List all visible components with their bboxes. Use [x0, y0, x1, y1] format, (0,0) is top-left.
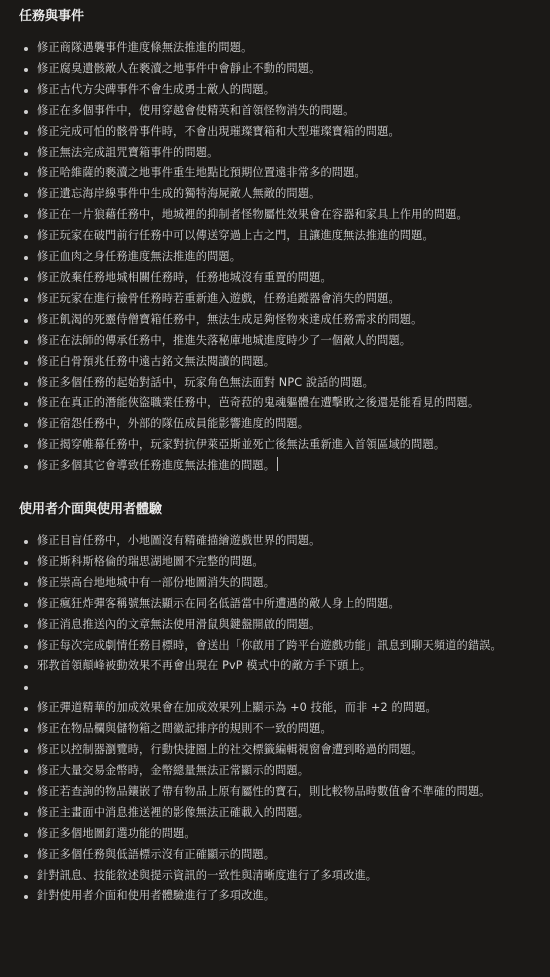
- list-item: 修正在一片狼藉任務中，地城裡的抑制者怪物屬性效果會在容器和家具上作用的問題。: [19, 205, 538, 226]
- list-item: 修正在法師的傳承任務中，推進失落秘庫地城進度時少了一個敵人的問題。: [19, 331, 538, 352]
- list-item: 修正在物品欄與儲物箱之間徽記排序的規則不一致的問題。: [19, 719, 538, 740]
- list-item: 邪教首領顛峰被動效果不再會出現在 PvP 模式中的敵方手下頭上。: [19, 656, 538, 677]
- section-title-quests-events: 任務與事件: [19, 6, 538, 28]
- list-item: 修正多個任務的起始對話中，玩家角色無法面對 NPC 說話的問題。: [19, 373, 538, 394]
- list-item: 修正主畫面中消息推送裡的影像無法正確載入的問題。: [19, 803, 538, 824]
- list-item: 修正消息推送內的文章無法使用滑鼠與鍵盤開啟的問題。: [19, 615, 538, 636]
- quests-events-list: 修正商隊遇襲事件進度條無法推進的問題。 修正腐臭遺骸敵人在褻瀆之地事件中會靜止不…: [19, 38, 538, 477]
- list-item: 修正宿怨任務中，外部的隊伍成員能影響進度的問題。: [19, 414, 538, 435]
- list-item: 修正若查詢的物品鑲嵌了帶有物品上原有屬性的寶石，則比較物品時數值會不準確的問題。: [19, 782, 538, 803]
- section-title-ui-ux: 使用者介面與使用者體驗: [19, 499, 538, 521]
- list-item: 修正揭穿帷幕任務中，玩家對抗伊萊亞斯並死亡後無法重新進入首領區域的問題。: [19, 435, 538, 456]
- list-item: 修正玩家在破門前行任務中可以傳送穿過上古之門，且讓進度無法推進的問題。: [19, 226, 538, 247]
- list-item: 修正古代方尖碑事件不會生成勇士敵人的問題。: [19, 80, 538, 101]
- list-item-text: 修正多個其它會導致任務進度無法推進的問題。: [37, 459, 275, 472]
- list-item: 針對使用者介面和使用者體驗進行了多項改進。: [19, 886, 538, 907]
- list-item: 修正多個任務與低語標示沒有正確顯示的問題。: [19, 845, 538, 866]
- list-item: 修正斯科斯格倫的瑞思湖地圖不完整的問題。: [19, 552, 538, 573]
- list-item: 修正無法完成詛咒寶箱事件的問題。: [19, 143, 538, 164]
- empty-list-item: [19, 677, 538, 698]
- list-item: 修正瘋狂炸彈客稱號無法顯示在同名低語當中所遭遇的敵人身上的問題。: [19, 594, 538, 615]
- list-item: 修正白骨預兆任務中遠古銘文無法閱讀的問題。: [19, 352, 538, 373]
- list-item: 針對訊息、技能敘述與提示資訊的一致性與清晰度進行了多項改進。: [19, 866, 538, 887]
- list-item: 修正哈維薩的褻瀆之地事件重生地點比預期位置遠非常多的問題。: [19, 163, 538, 184]
- list-item: 修正每次完成劇情任務目標時，會送出「你啟用了跨平台遊戲功能」訊息到聊天頻道的錯誤…: [19, 636, 538, 657]
- list-item: 修正在真正的潛能俠盜職業任務中，芭奇菈的鬼魂軀體在遭擊敗之後還是能看見的問題。: [19, 393, 538, 414]
- list-item: 修正腐臭遺骸敵人在褻瀆之地事件中會靜止不動的問題。: [19, 59, 538, 80]
- list-item: 修正玩家在進行撿骨任務時若重新進入遊戲，任務追蹤器會消失的問題。: [19, 289, 538, 310]
- list-item: 修正彈道精華的加成效果會在加成效果列上顯示為 +0 技能，而非 +2 的問題。: [19, 698, 538, 719]
- list-item: 修正多個地圖釘選功能的問題。: [19, 824, 538, 845]
- list-item: 修正遺忘海岸線事件中生成的獨特海屍敵人無敵的問題。: [19, 184, 538, 205]
- list-item: 修正完成可怕的骸骨事件時，不會出現璀璨寶箱和大型璀璨寶箱的問題。: [19, 122, 538, 143]
- list-item: 修正放棄任務地城相關任務時，任務地城沒有重置的問題。: [19, 268, 538, 289]
- list-item-with-caret[interactable]: 修正多個其它會導致任務進度無法推進的問題。: [19, 456, 538, 477]
- list-item: 修正飢渴的死靈侍僧寶箱任務中，無法生成足夠怪物來達成任務需求的問題。: [19, 310, 538, 331]
- list-item: 修正大量交易金幣時，金幣總量無法正常顯示的問題。: [19, 761, 538, 782]
- text-cursor: [277, 457, 278, 471]
- ui-ux-list: 修正目盲任務中，小地圖沒有精確描繪遊戲世界的問題。 修正斯科斯格倫的瑞思湖地圖不…: [19, 531, 538, 907]
- list-item: 修正血肉之身任務進度無法推進的問題。: [19, 247, 538, 268]
- list-item: 修正在多個事件中，使用穿越會使精英和首領怪物消失的問題。: [19, 101, 538, 122]
- list-item: 修正目盲任務中，小地圖沒有精確描繪遊戲世界的問題。: [19, 531, 538, 552]
- list-item: 修正商隊遇襲事件進度條無法推進的問題。: [19, 38, 538, 59]
- list-item: 修正以控制器瀏覽時，行動快捷圈上的社交標籤編輯視窗會遭到略過的問題。: [19, 740, 538, 761]
- patch-notes-document: 任務與事件 修正商隊遇襲事件進度條無法推進的問題。 修正腐臭遺骸敵人在褻瀆之地事…: [0, 0, 550, 907]
- list-item: 修正崇高台地地城中有一部份地圖消失的問題。: [19, 573, 538, 594]
